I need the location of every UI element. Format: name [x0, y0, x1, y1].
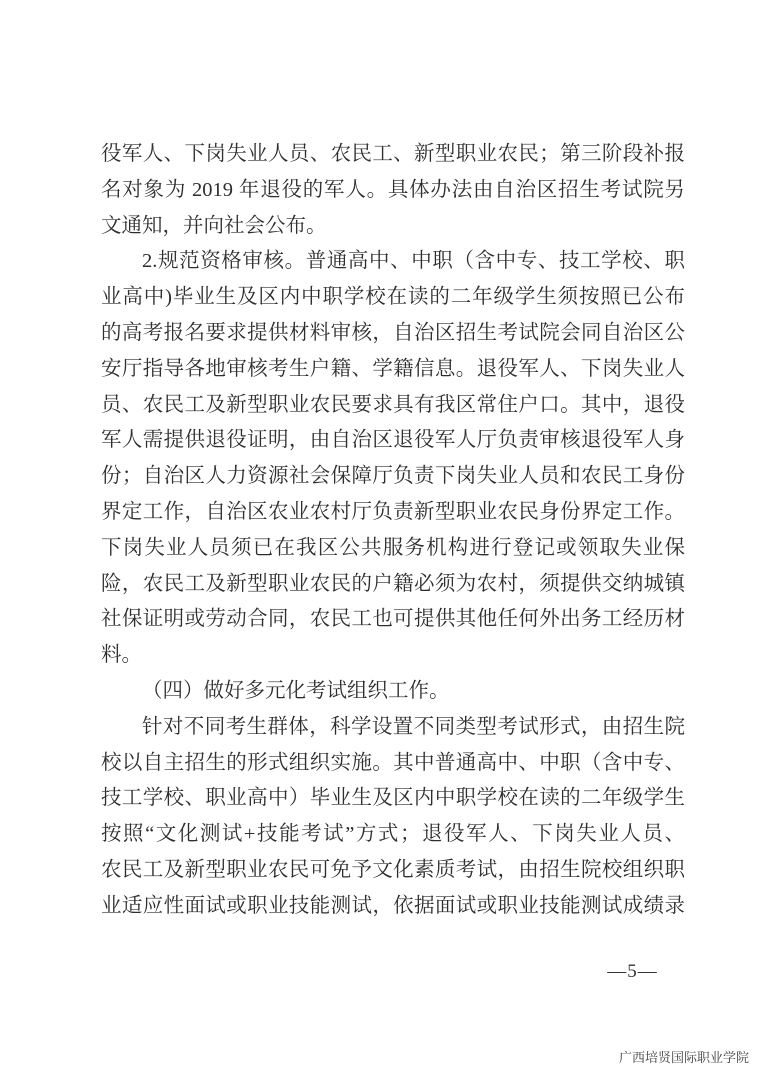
text-line: 按照“文化测试+技能考试”方式；退役军人、下岗失业人员、	[101, 817, 685, 853]
text-line: 险，农民工及新型职业农民的户籍必须为农村，须提供交纳城镇	[101, 567, 685, 603]
text-line: 军人需提供退役证明，由自治区退役军人厅负责审核退役军人身	[101, 423, 685, 459]
text-line: 针对不同考生群体，科学设置不同类型考试形式，由招生院	[101, 710, 685, 746]
page-number: —5—	[575, 961, 690, 983]
text-line: 料。	[101, 638, 685, 674]
text-line: 员、农民工及新型职业农民要求具有我区常住户口。其中，退役	[101, 388, 685, 424]
text-line: 下岗失业人员须已在我区公共服务机构进行登记或领取失业保	[101, 531, 685, 567]
text-line: （四）做好多元化考试组织工作。	[101, 674, 685, 710]
text-line: 役军人、下岗失业人员、农民工、新型职业农民；第三阶段补报	[101, 137, 685, 173]
text-line: 份；自治区人力资源社会保障厅负责下岗失业人员和农民工身份	[101, 459, 685, 495]
text-line: 校以自主招生的形式组织实施。其中普通高中、中职（含中专、	[101, 746, 685, 782]
watermark-text: 广西培贤国际职业学院	[619, 1047, 749, 1066]
text-line: 安厅指导各地审核考生户籍、学籍信息。退役军人、下岗失业人	[101, 352, 685, 388]
text-line: 文通知，并向社会公布。	[101, 209, 685, 245]
text-line: 的高考报名要求提供材料审核，自治区招生考试院会同自治区公	[101, 316, 685, 352]
text-line: 农民工及新型职业农民可免予文化素质考试，由招生院校组织职	[101, 853, 685, 889]
text-line: 2.规范资格审核。普通高中、中职（含中专、技工学校、职	[101, 244, 685, 280]
text-line: 业高中)毕业生及区内中职学校在读的二年级学生须按照已公布	[101, 280, 685, 316]
document-page: 役军人、下岗失业人员、农民工、新型职业农民；第三阶段补报名对象为 2019 年退…	[0, 0, 764, 1080]
document-body: 役军人、下岗失业人员、农民工、新型职业农民；第三阶段补报名对象为 2019 年退…	[101, 137, 685, 925]
text-line: 社保证明或劳动合同，农民工也可提供其他任何外出务工经历材	[101, 602, 685, 638]
text-line: 技工学校、职业高中）毕业生及区内中职学校在读的二年级学生	[101, 781, 685, 817]
text-line: 名对象为 2019 年退役的军人。具体办法由自治区招生考试院另	[101, 173, 685, 209]
text-line: 业适应性面试或职业技能测试，依据面试或职业技能测试成绩录	[101, 889, 685, 925]
text-line: 界定工作，自治区农业农村厅负责新型职业农民身份界定工作。	[101, 495, 685, 531]
